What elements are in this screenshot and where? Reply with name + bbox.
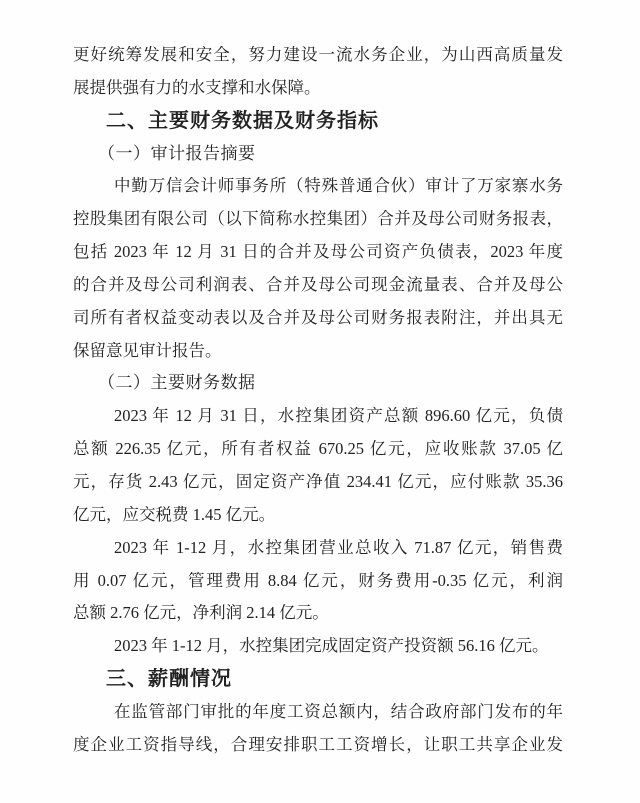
body-text-line: 更好统筹发展和安全，努力建设一流水务企业，为山西高质量发 — [73, 39, 563, 72]
body-text-line: 元，存货 2.43 亿元，固定资产净值 234.41 亿元，应付账款 35.36 — [73, 466, 563, 499]
body-text-line: 2023 年 1-12 月，水控集团营业总收入 71.87 亿元，销售费 — [73, 532, 563, 565]
body-text-line: 展提供强有力的水支撑和水保障。 — [73, 72, 563, 105]
body-text-line: 用 0.07 亿元，管理费用 8.84 亿元，财务费用-0.35 亿元，利润 — [73, 565, 563, 598]
body-text-line: 总额 226.35 亿元，所有者权益 670.25 亿元，应收账款 37.05 … — [73, 433, 563, 466]
document-content: 更好统筹发展和安全，努力建设一流水务企业，为山西高质量发 展提供强有力的水支撑和… — [73, 39, 563, 762]
body-text-line: 2023 年 1-12 月，水控集团完成固定资产投资额 56.16 亿元。 — [73, 630, 563, 663]
body-text-line: 控股集团有限公司（以下简称水控集团）合并及母公司财务报表， — [73, 203, 563, 236]
section-heading-financial-data: 二、主要财务数据及财务指标 — [73, 105, 563, 138]
body-text-line: 总额 2.76 亿元，净利润 2.14 亿元。 — [73, 597, 563, 630]
subsection-heading-audit-summary: （一）审计报告摘要 — [73, 138, 563, 171]
body-text-line: 2023 年 12 月 31 日，水控集团资产总额 896.60 亿元，负债 — [73, 400, 563, 433]
subsection-heading-key-financial-data: （二）主要财务数据 — [73, 367, 563, 400]
document-page: 更好统筹发展和安全，努力建设一流水务企业，为山西高质量发 展提供强有力的水支撑和… — [0, 0, 640, 803]
body-text-line: 中勤万信会计师事务所（特殊普通合伙）审计了万家寨水务 — [73, 170, 563, 203]
section-heading-compensation: 三、薪酬情况 — [73, 663, 563, 696]
body-text-line: 亿元，应交税费 1.45 亿元。 — [73, 499, 563, 532]
body-text-line: 在监管部门审批的年度工资总额内，结合政府部门发布的年 — [73, 696, 563, 729]
body-text-line: 保留意见审计报告。 — [73, 335, 563, 368]
body-text-line: 的合并及母公司利润表、合并及母公司现金流量表、合并及母公 — [73, 269, 563, 302]
body-text-line: 司所有者权益变动表以及合并及母公司财务报表附注，并出具无 — [73, 302, 563, 335]
body-text-line: 度企业工资指导线，合理安排职工工资增长，让职工共享企业发 — [73, 729, 563, 762]
body-text-line: 包括 2023 年 12 月 31 日的合并及母公司资产负债表，2023 年度 — [73, 236, 563, 269]
